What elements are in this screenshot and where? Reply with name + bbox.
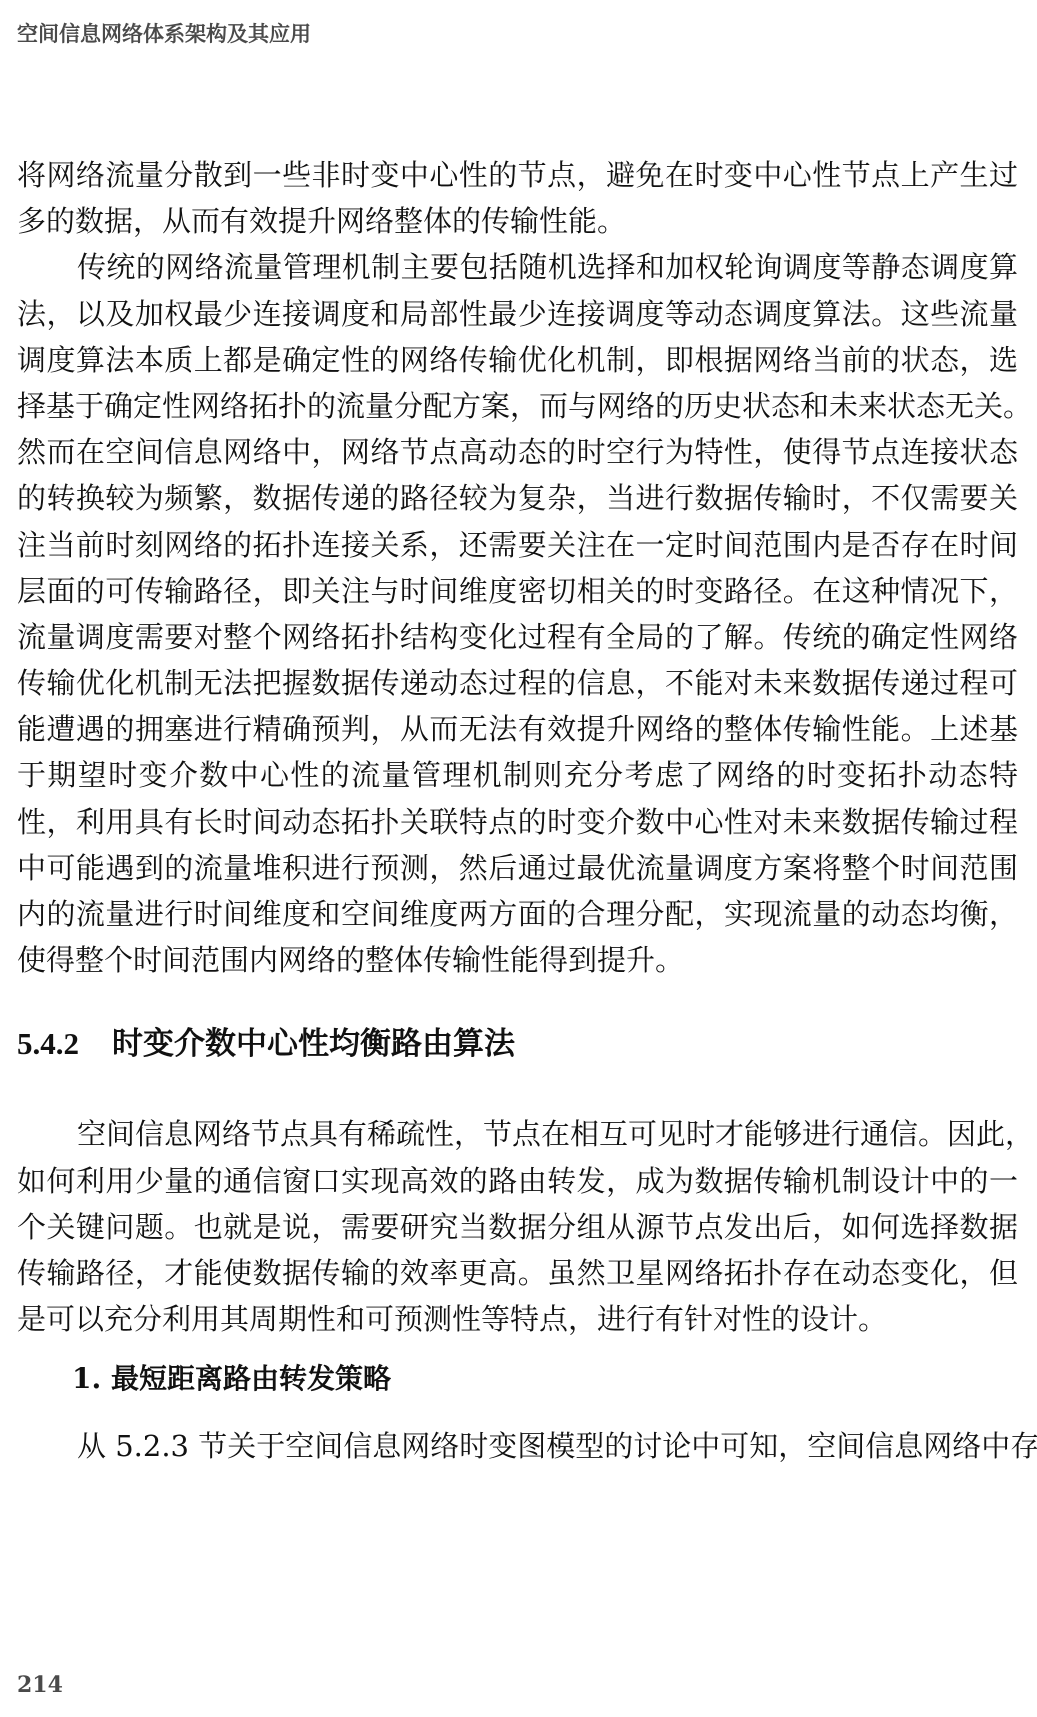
text-line: 如何利用少量的通信窗口实现高效的路由转发，成为数据传输机制设计中的一 xyxy=(17,1158,1018,1204)
subsection-heading: 1. 最短距离路由转发策略 xyxy=(17,1356,1018,1402)
page-number: 214 xyxy=(17,1672,63,1698)
text-line: 使得整个时间范围内网络的整体传输性能得到提升。 xyxy=(17,937,1018,983)
text-line: 择基于确定性网络拓扑的流量分配方案，而与网络的历史状态和未来状态无关。 xyxy=(17,383,1018,429)
text-line: 内的流量进行时间维度和空间维度两方面的合理分配，实现流量的动态均衡， xyxy=(17,891,1018,937)
text-line: 注当前时刻网络的拓扑连接关系，还需要关注在一定时间范围内是否存在时间 xyxy=(17,522,1018,568)
text-line: 层面的可传输路径，即关注与时间维度密切相关的时变路径。在这种情况下， xyxy=(17,568,1018,614)
section-number: 5.4.2 xyxy=(17,1019,112,1069)
text-line: 于期望时变介数中心性的流量管理机制则充分考虑了网络的时变拓扑动态特 xyxy=(17,752,1018,798)
text-line: 法，以及加权最少连接调度和局部性最少连接调度等动态调度算法。这些流量 xyxy=(17,291,1018,337)
paragraph: 传统的网络流量管理机制主要包括随机选择和加权轮询调度等静态调度算 法，以及加权最… xyxy=(17,244,1018,983)
paragraph: 空间信息网络节点具有稀疏性，节点在相互可见时才能够进行通信。因此， 如何利用少量… xyxy=(17,1111,1018,1342)
text-line: 的转换较为频繁，数据传递的路径较为复杂，当进行数据传输时，不仅需要关 xyxy=(17,475,1018,521)
text-line: 从 5.2.3 节关于空间信息网络时变图模型的讨论中可知，空间信息网络中存 xyxy=(17,1423,1018,1469)
text-line: 然而在空间信息网络中，网络节点高动态的时空行为特性，使得节点连接状态 xyxy=(17,429,1018,475)
text-line: 传统的网络流量管理机制主要包括随机选择和加权轮询调度等静态调度算 xyxy=(17,244,1018,290)
paragraph: 将网络流量分散到一些非时变中心性的节点，避免在时变中心性节点上产生过 多的数据，… xyxy=(17,152,1018,244)
text-line: 能遭遇的拥塞进行精确预判，从而无法有效提升网络的整体传输性能。上述基 xyxy=(17,706,1018,752)
page-body: 将网络流量分散到一些非时变中心性的节点，避免在时变中心性节点上产生过 多的数据，… xyxy=(17,152,1018,1469)
text-line: 多的数据，从而有效提升网络整体的传输性能。 xyxy=(17,198,1018,244)
text-line: 传输路径，才能使数据传输的效率更高。虽然卫星网络拓扑存在动态变化，但 xyxy=(17,1250,1018,1296)
text-line: 中可能遇到的流量堆积进行预测，然后通过最优流量调度方案将整个时间范围 xyxy=(17,845,1018,891)
section-heading: 5.4.2时变介数中心性均衡路由算法 xyxy=(17,1019,1018,1069)
text-line: 性，利用具有长时间动态拓扑关联特点的时变介数中心性对未来数据传输过程 xyxy=(17,799,1018,845)
text-line: 个关键问题。也就是说，需要研究当数据分组从源节点发出后，如何选择数据 xyxy=(17,1204,1018,1250)
text-line: 将网络流量分散到一些非时变中心性的节点，避免在时变中心性节点上产生过 xyxy=(17,152,1018,198)
text-line: 是可以充分利用其周期性和可预测性等特点，进行有针对性的设计。 xyxy=(17,1296,1018,1342)
running-header: 空间信息网络体系架构及其应用 xyxy=(17,18,311,48)
text-line: 流量调度需要对整个网络拓扑结构变化过程有全局的了解。传统的确定性网络 xyxy=(17,614,1018,660)
text-line: 传输优化机制无法把握数据传递动态过程的信息，不能对未来数据传递过程可 xyxy=(17,660,1018,706)
text-line: 空间信息网络节点具有稀疏性，节点在相互可见时才能够进行通信。因此， xyxy=(17,1111,1018,1157)
text-line: 调度算法本质上都是确定性的网络传输优化机制，即根据网络当前的状态，选 xyxy=(17,337,1018,383)
section-title: 时变介数中心性均衡路由算法 xyxy=(112,1026,515,1062)
paragraph: 从 5.2.3 节关于空间信息网络时变图模型的讨论中可知，空间信息网络中存 xyxy=(17,1423,1018,1469)
